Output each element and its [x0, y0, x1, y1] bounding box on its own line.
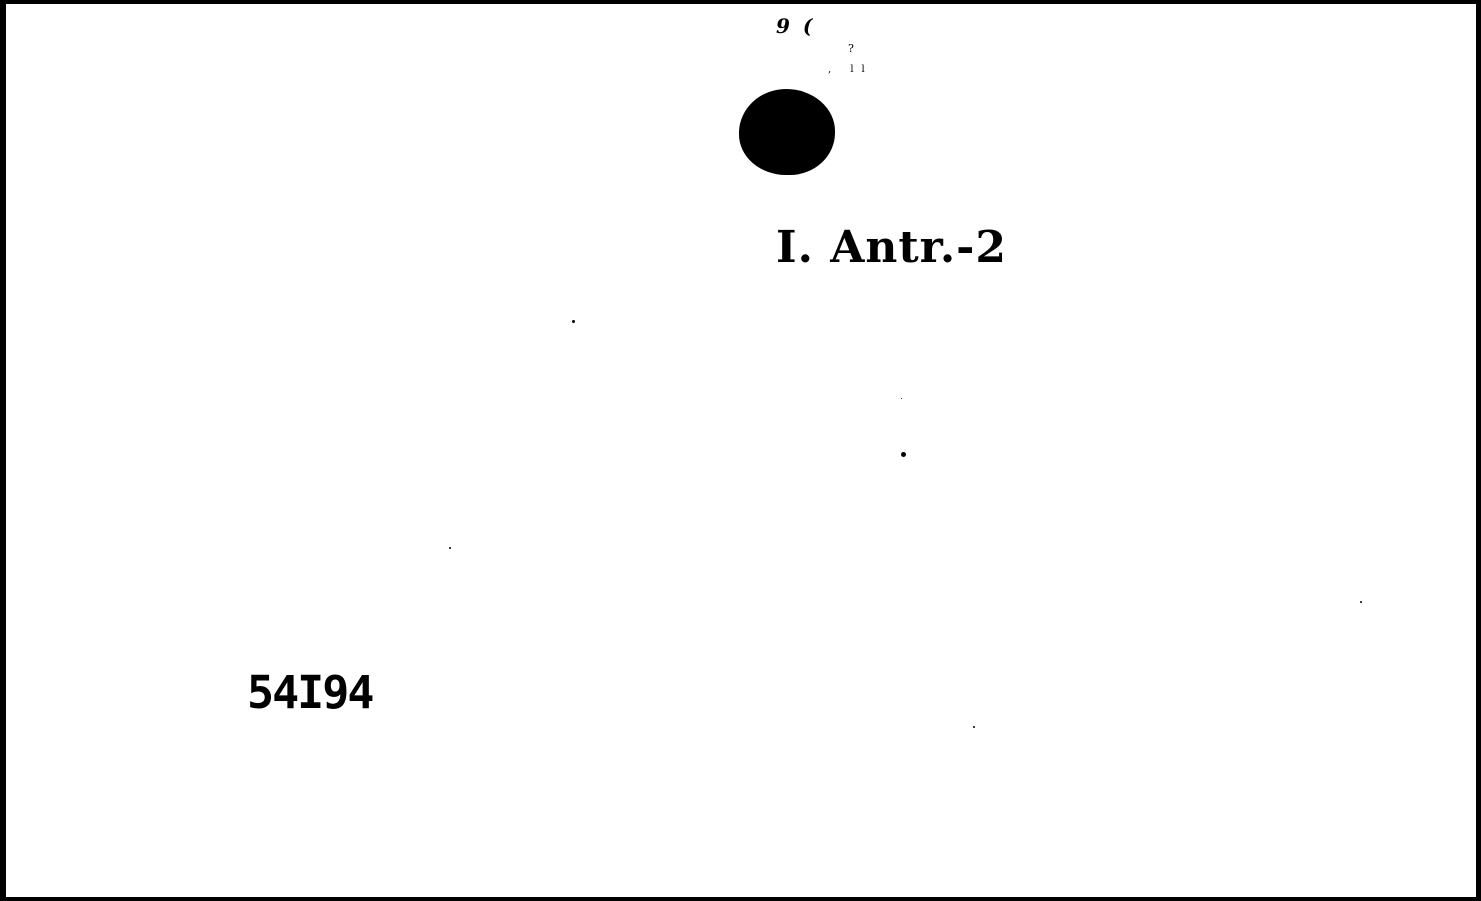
punch-hole [739, 89, 835, 175]
scanned-card-image: 9 ( ? , ll I. Antr.-2 54I94 [0, 0, 1481, 901]
classification-label: I. Antr.-2 [776, 222, 1007, 273]
faint-mark-lower: , ll [828, 64, 873, 75]
dust-speck [572, 320, 575, 323]
faint-mark-upper: ? [848, 42, 854, 55]
handwritten-top-mark: 9 ( [776, 14, 815, 38]
dust-speck [901, 452, 906, 457]
dust-speck [973, 726, 975, 728]
dust-speck [901, 398, 902, 399]
dust-speck [1360, 601, 1362, 603]
dust-speck [449, 547, 451, 549]
index-card: 9 ( ? , ll I. Antr.-2 54I94 [6, 4, 1476, 897]
record-number: 54I94 [247, 666, 372, 719]
